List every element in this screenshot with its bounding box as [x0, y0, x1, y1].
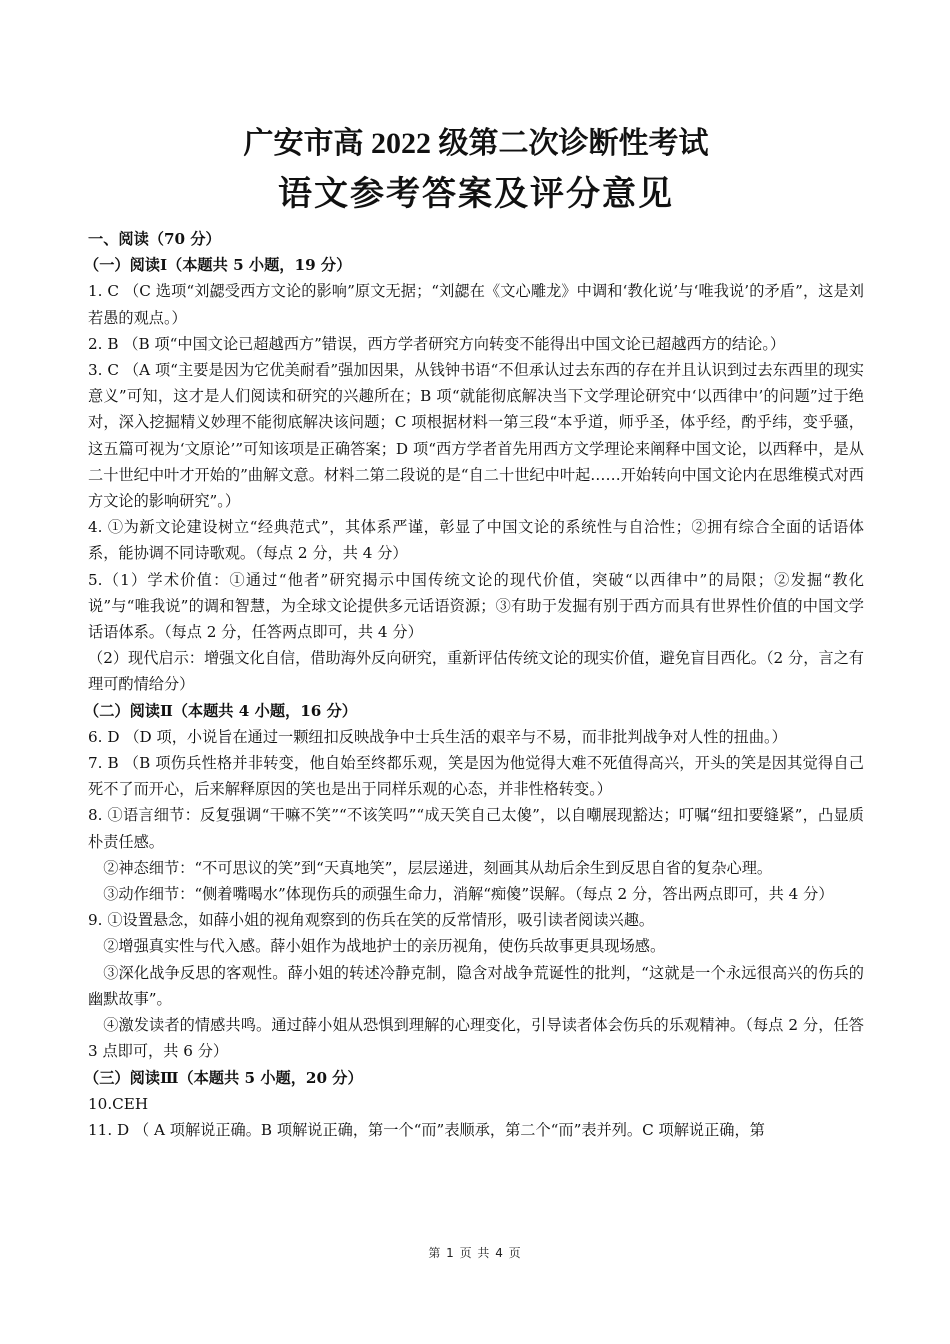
- document-title: 广安市高 2022 级第二次诊断性考试: [88, 118, 864, 162]
- subsection-heading-reading-1: （一）阅读Ⅰ（本题共 5 小题，19 分）: [84, 252, 864, 278]
- answer-q11: 11. D （ A 项解说正确。B 项解说正确，第一个“而”表顺承，第二个“而”…: [88, 1117, 864, 1143]
- page-footer: 第 1 页 共 4 页: [0, 1244, 950, 1261]
- subsection-heading-reading-3: （三）阅读Ⅲ（本题共 5 小题，20 分）: [84, 1065, 864, 1091]
- document-subtitle: 语文参考答案及评分意见: [88, 166, 864, 215]
- answer-q9-point3: ③深化战争反思的客观性。薛小姐的转述冷静克制，隐含对战争荒诞性的批判，“这就是一…: [88, 960, 864, 1012]
- answer-q10: 10.CEH: [88, 1091, 864, 1117]
- subsection-heading-reading-2: （二）阅读Ⅱ（本题共 4 小题，16 分）: [84, 698, 864, 724]
- answer-q9-point4: ④激发读者的情感共鸣。通过薛小姐从恐惧到理解的心理变化，引导读者体会伤兵的乐观精…: [88, 1012, 864, 1064]
- answer-q5-part1: 5.（1）学术价值：①通过“他者”研究揭示中国传统文论的现代价值，突破“以西律中…: [88, 567, 864, 646]
- answer-q8-point2: ②神态细节：“不可思议的笑”到“天真地笑”，层层递进，刻画其从劫后余生到反思自省…: [88, 855, 864, 881]
- answer-q8-point1: 8. ①语言细节：反复强调“干嘛不笑”“不该笑吗”“成天笑自己太傻”，以自嘲展现…: [88, 802, 864, 854]
- answer-q3: 3. C （A 项“主要是因为它优美耐看”强加因果，从钱钟书语“不但承认过去东西…: [88, 357, 864, 514]
- answer-q4: 4. ①为新文论建设树立“经典范式”，其体系严谨，彰显了中国文论的系统性与自洽性…: [88, 514, 864, 566]
- answer-q1: 1. C （C 选项“刘勰受西方文论的影响”原文无据；“刘勰在《文心雕龙》中调和…: [88, 278, 864, 330]
- answer-q5-part2: （2）现代启示：增强文化自信，借助海外反向研究，重新评估传统文论的现实价值，避免…: [88, 645, 864, 697]
- answer-q9-point1: 9. ①设置悬念，如薛小姐的视角观察到的伤兵在笑的反常情形，吸引读者阅读兴趣。: [88, 907, 864, 933]
- section-heading-reading: 一、阅读（70 分）: [88, 226, 864, 252]
- answer-q7: 7. B （B 项伤兵性格并非转变，他自始至终都乐观，笑是因为他觉得大难不死值得…: [88, 750, 864, 802]
- answer-q9-point2: ②增强真实性与代入感。薛小姐作为战地护士的亲历视角，使伤兵故事更具现场感。: [88, 933, 864, 959]
- answer-q2: 2. B （B 项“中国文论已超越西方”错误，西方学者研究方向转变不能得出中国文…: [88, 331, 864, 357]
- document-body: 一、阅读（70 分） （一）阅读Ⅰ（本题共 5 小题，19 分） 1. C （C…: [88, 226, 864, 1143]
- answer-q8-point3: ③动作细节：“侧着嘴喝水”体现伤兵的顽强生命力，消解“痴傻”误解。（每点 2 分…: [88, 881, 864, 907]
- answer-q6: 6. D （D 项，小说旨在通过一颗纽扣反映战争中士兵生活的艰辛与不易，而非批判…: [88, 724, 864, 750]
